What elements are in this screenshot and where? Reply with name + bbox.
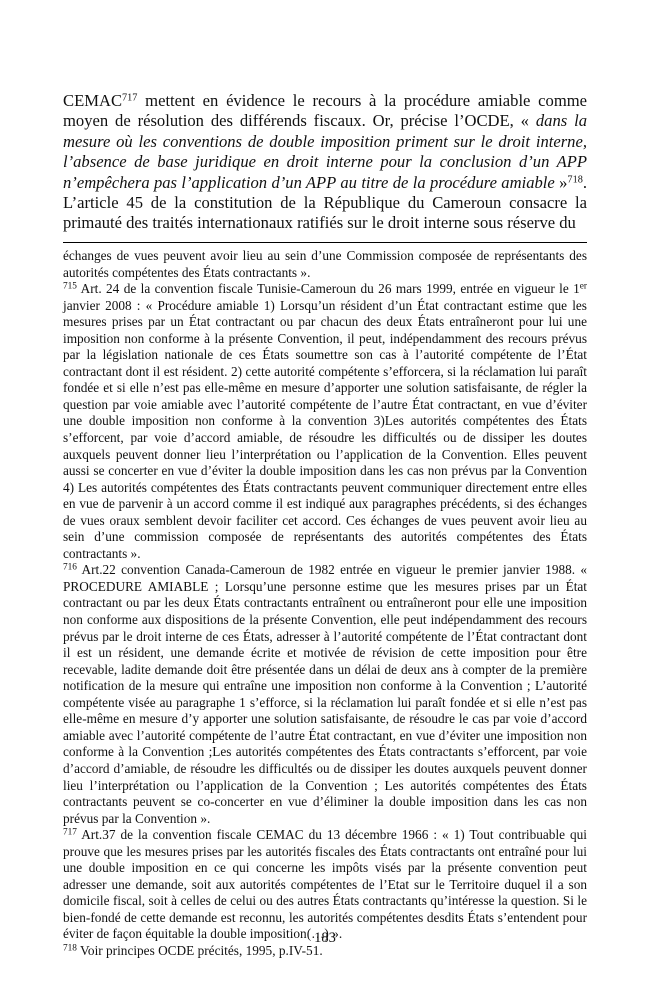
footnote-number: 715 bbox=[63, 281, 77, 291]
body-text: CEMAC717 mettent en évidence le recours … bbox=[63, 91, 587, 234]
body-paragraph: CEMAC717 mettent en évidence le recours … bbox=[63, 91, 587, 234]
footnote-715: 715 Art. 24 de la convention fiscale Tun… bbox=[63, 281, 587, 562]
footnote-continuation: échanges de vues peuvent avoir lieu au s… bbox=[63, 248, 587, 281]
text-segment: » bbox=[555, 173, 568, 192]
footnote-number: 716 bbox=[63, 563, 77, 573]
text-segment: CEMAC bbox=[63, 91, 122, 110]
footnote-text: janvier 2008 : « Procédure amiable 1) Lo… bbox=[63, 298, 587, 561]
footnote-text: Art.37 de la convention fiscale CEMAC du… bbox=[63, 827, 587, 941]
footnote-separator bbox=[63, 242, 587, 243]
ordinal-suffix: er bbox=[580, 281, 587, 291]
footnote-717: 717 Art.37 de la convention fiscale CEMA… bbox=[63, 827, 587, 943]
footnotes: échanges de vues peuvent avoir lieu au s… bbox=[63, 248, 587, 960]
footnote-716: 716 Art.22 convention Canada-Cameroun de… bbox=[63, 562, 587, 827]
text-segment: mettent en évidence le recours à la proc… bbox=[63, 91, 587, 130]
footnote-ref-717[interactable]: 717 bbox=[122, 92, 137, 103]
footnote-ref-718[interactable]: 718 bbox=[567, 174, 582, 185]
footnote-text: Art.22 convention Canada-Cameroun de 198… bbox=[63, 562, 587, 825]
footnote-text: Art. 24 de la convention fiscale Tunisie… bbox=[77, 281, 580, 296]
page-number: 183 bbox=[63, 930, 587, 947]
footnote-number: 717 bbox=[63, 828, 77, 838]
